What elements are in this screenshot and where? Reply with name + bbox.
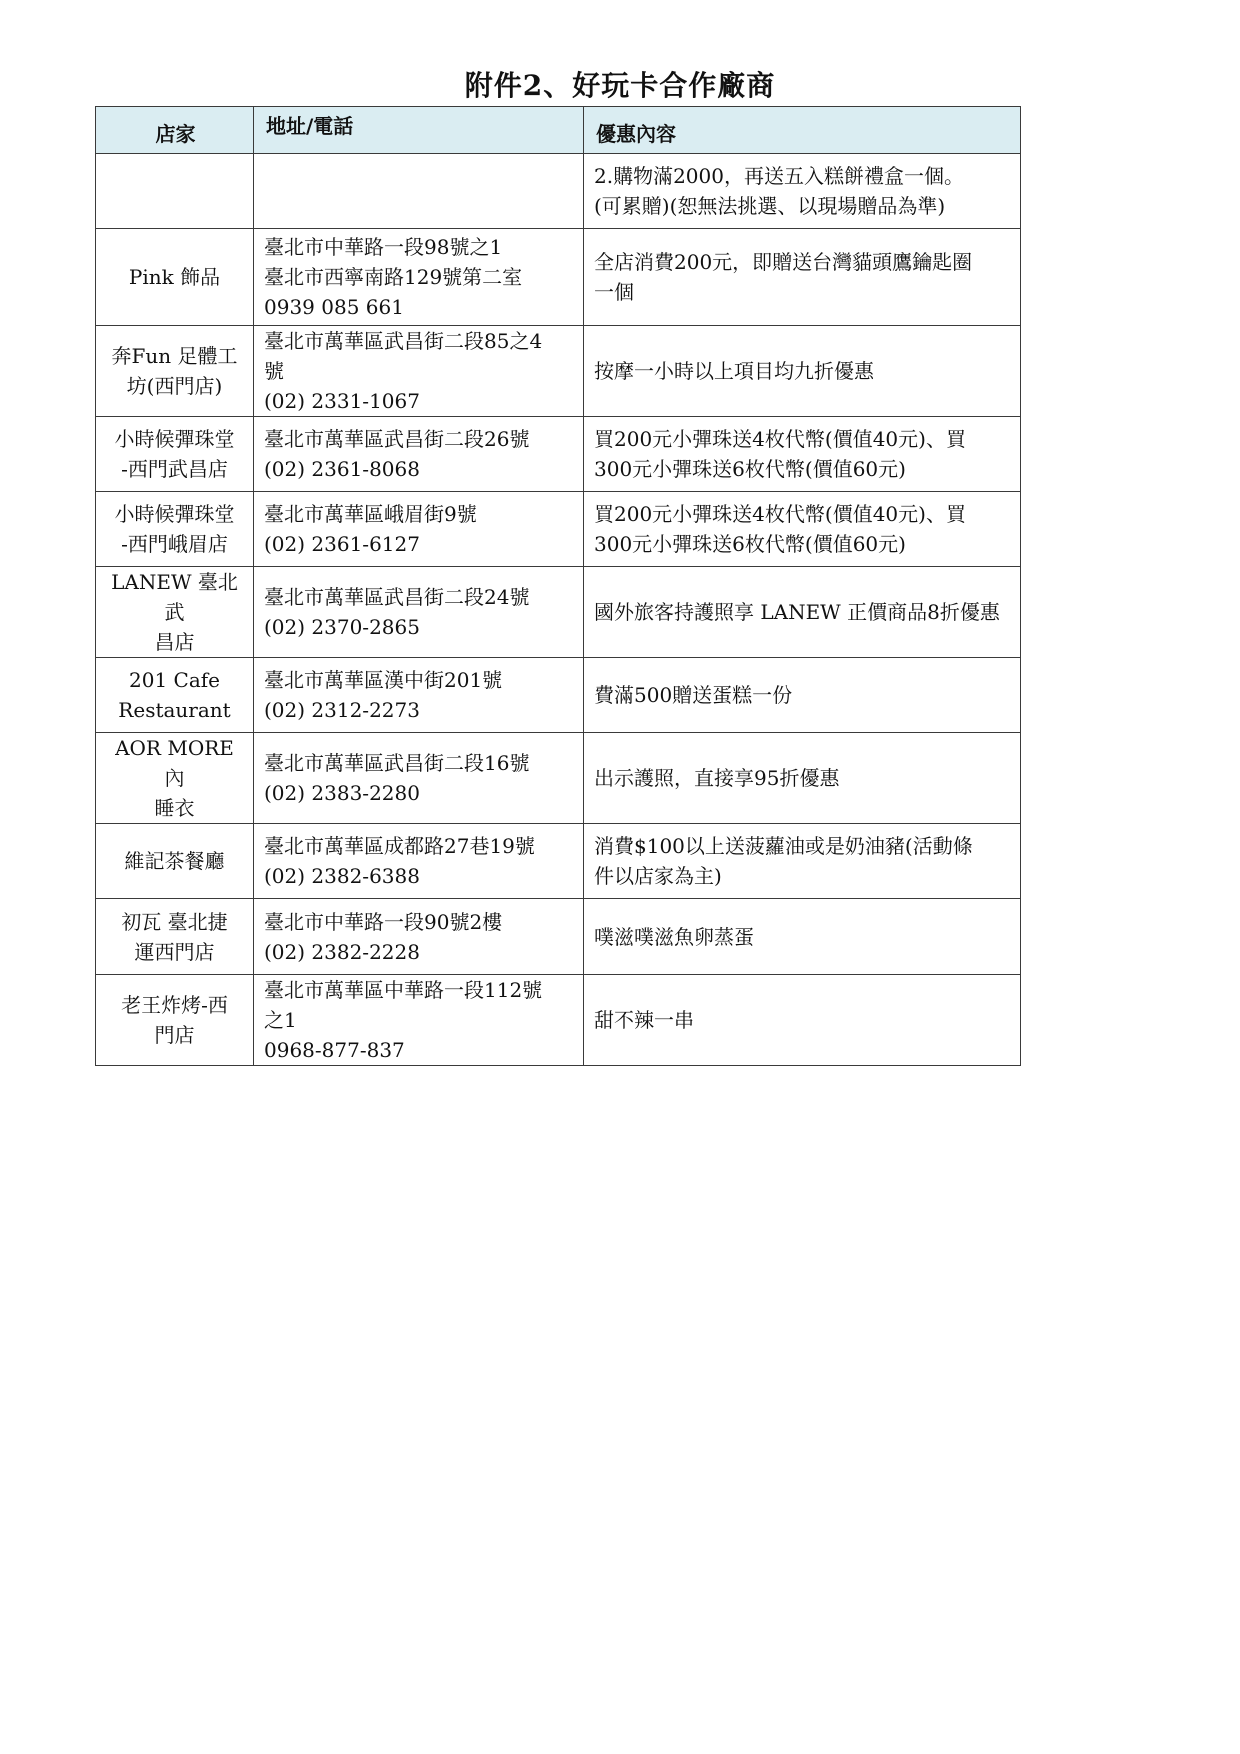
address-phone-cell-line: (02) 2383-2280 [264, 778, 573, 808]
store-cell-line: 小時候彈珠堂 [106, 424, 243, 454]
address-phone-cell-line: 臺北市西寧南路129號第二室 [264, 262, 573, 292]
address-phone-cell-line: 臺北市萬華區峨眉街9號 [264, 499, 573, 529]
store-cell-line: LANEW 臺北武 [106, 567, 243, 627]
store-cell: Pink 飾品 [96, 229, 254, 326]
table-row: 初瓦 臺北捷運西門店臺北市中華路一段90號2樓(02) 2382-2228噗滋噗… [96, 899, 1021, 975]
offer-cell: 2.購物滿2000，再送五入糕餅禮盒一個。(可累贈)(恕無法挑選、以現場贈品為準… [584, 154, 1021, 229]
store-cell-line: -西門峨眉店 [106, 529, 243, 559]
offer-cell-line: 國外旅客持護照享 LANEW 正價商品8折優惠 [594, 597, 1010, 627]
table-row: LANEW 臺北武昌店臺北市萬華區武昌街二段24號(02) 2370-2865國… [96, 567, 1021, 658]
store-cell: 維記茶餐廳 [96, 824, 254, 899]
address-phone-cell [254, 154, 584, 229]
address-phone-cell-line: (02) 2382-2228 [264, 937, 573, 967]
store-cell-line: 維記茶餐廳 [106, 846, 243, 876]
offer-cell-line: 2.購物滿2000，再送五入糕餅禮盒一個。 [594, 161, 1010, 191]
store-cell: 奔Fun 足體工坊(西門店) [96, 326, 254, 417]
offer-cell: 買200元小彈珠送4枚代幣(價值40元)、買300元小彈珠送6枚代幣(價值60元… [584, 492, 1021, 567]
partner-vendors-table: 店家 地址/電話 優惠內容 2.購物滿2000，再送五入糕餅禮盒一個。(可累贈)… [95, 106, 1021, 1066]
address-phone-cell-line: 臺北市萬華區武昌街二段26號 [264, 424, 573, 454]
offer-cell-line: (可累贈)(恕無法挑選、以現場贈品為準) [594, 191, 1010, 221]
address-phone-cell-line: (02) 2382-6388 [264, 861, 573, 891]
address-phone-cell-line: 臺北市萬華區武昌街二段16號 [264, 748, 573, 778]
store-cell-line: 運西門店 [106, 937, 243, 967]
offer-cell-line: 費滿500贈送蛋糕一份 [594, 680, 1010, 710]
store-cell-line: AOR MORE 內 [106, 733, 243, 793]
address-phone-cell: 臺北市中華路一段98號之1臺北市西寧南路129號第二室0939 085 661 [254, 229, 584, 326]
offer-cell-line: 買200元小彈珠送4枚代幣(價值40元)、買 [594, 499, 1010, 529]
address-phone-cell: 臺北市中華路一段90號2樓(02) 2382-2228 [254, 899, 584, 975]
store-cell-line: -西門武昌店 [106, 454, 243, 484]
address-phone-cell-line: 之1 [264, 1005, 573, 1035]
store-cell-line: Restaurant [106, 695, 243, 725]
address-phone-cell-line: 臺北市中華路一段98號之1 [264, 232, 573, 262]
address-phone-cell-line: (02) 2331-1067 [264, 386, 573, 416]
address-phone-cell: 臺北市萬華區成都路27巷19號(02) 2382-6388 [254, 824, 584, 899]
offer-cell-line: 300元小彈珠送6枚代幣(價值60元) [594, 454, 1010, 484]
offer-cell: 全店消費200元，即贈送台灣貓頭鷹鑰匙圈一個 [584, 229, 1021, 326]
store-cell: 小時候彈珠堂-西門武昌店 [96, 417, 254, 492]
offer-cell: 消費$100以上送菠蘿油或是奶油豬(活動條件以店家為主) [584, 824, 1021, 899]
address-phone-cell-line: (02) 2361-8068 [264, 454, 573, 484]
store-cell: 老王炸烤-西門店 [96, 975, 254, 1066]
store-cell-line: 門店 [106, 1020, 243, 1050]
address-phone-cell: 臺北市萬華區武昌街二段85之4號(02) 2331-1067 [254, 326, 584, 417]
offer-cell-line: 一個 [594, 277, 1010, 307]
document-title: 附件2、好玩卡合作廠商 [0, 66, 1240, 106]
table-row: 維記茶餐廳臺北市萬華區成都路27巷19號(02) 2382-6388消費$100… [96, 824, 1021, 899]
offer-cell-line: 300元小彈珠送6枚代幣(價值60元) [594, 529, 1010, 559]
offer-cell: 按摩一小時以上項目均九折優惠 [584, 326, 1021, 417]
store-cell: 201 CafeRestaurant [96, 658, 254, 733]
offer-cell-line: 出示護照，直接享95折優惠 [594, 763, 1010, 793]
address-phone-cell-line: 臺北市中華路一段90號2樓 [264, 907, 573, 937]
table-body: 2.購物滿2000，再送五入糕餅禮盒一個。(可累贈)(恕無法挑選、以現場贈品為準… [96, 154, 1021, 1066]
address-phone-cell-line: (02) 2361-6127 [264, 529, 573, 559]
offer-cell: 噗滋噗滋魚卵蒸蛋 [584, 899, 1021, 975]
table-header-row: 店家 地址/電話 優惠內容 [96, 107, 1021, 154]
offer-cell-line: 按摩一小時以上項目均九折優惠 [594, 356, 1010, 386]
store-cell-line: 昌店 [106, 627, 243, 657]
store-cell: 初瓦 臺北捷運西門店 [96, 899, 254, 975]
store-cell-line: 奔Fun 足體工 [106, 341, 243, 371]
store-cell-line: Pink 飾品 [106, 262, 243, 292]
store-cell [96, 154, 254, 229]
store-cell-line: 小時候彈珠堂 [106, 499, 243, 529]
offer-cell: 買200元小彈珠送4枚代幣(價值40元)、買300元小彈珠送6枚代幣(價值60元… [584, 417, 1021, 492]
store-cell: AOR MORE 內睡衣 [96, 733, 254, 824]
offer-cell: 費滿500贈送蛋糕一份 [584, 658, 1021, 733]
offer-cell: 國外旅客持護照享 LANEW 正價商品8折優惠 [584, 567, 1021, 658]
offer-cell-line: 甜不辣一串 [594, 1005, 1010, 1035]
offer-cell-line: 件以店家為主) [594, 861, 1010, 891]
address-phone-cell-line: 號 [264, 356, 573, 386]
address-phone-cell-line: 臺北市萬華區漢中街201號 [264, 665, 573, 695]
address-phone-cell: 臺北市萬華區峨眉街9號(02) 2361-6127 [254, 492, 584, 567]
offer-cell-line: 消費$100以上送菠蘿油或是奶油豬(活動條 [594, 831, 1010, 861]
address-phone-cell-line: (02) 2370-2865 [264, 612, 573, 642]
table-row: AOR MORE 內睡衣臺北市萬華區武昌街二段16號(02) 2383-2280… [96, 733, 1021, 824]
table-row: 老王炸烤-西門店臺北市萬華區中華路一段112號之10968-877-837甜不辣… [96, 975, 1021, 1066]
address-phone-cell: 臺北市萬華區武昌街二段26號(02) 2361-8068 [254, 417, 584, 492]
header-store: 店家 [96, 107, 254, 154]
address-phone-cell-line: 臺北市萬華區武昌街二段85之4 [264, 326, 573, 356]
table-row: 奔Fun 足體工坊(西門店)臺北市萬華區武昌街二段85之4號(02) 2331-… [96, 326, 1021, 417]
store-cell-line: 坊(西門店) [106, 371, 243, 401]
header-offer: 優惠內容 [584, 107, 1021, 154]
table-row: 小時候彈珠堂-西門峨眉店臺北市萬華區峨眉街9號(02) 2361-6127買20… [96, 492, 1021, 567]
offer-cell: 出示護照，直接享95折優惠 [584, 733, 1021, 824]
table-row: 2.購物滿2000，再送五入糕餅禮盒一個。(可累贈)(恕無法挑選、以現場贈品為準… [96, 154, 1021, 229]
store-cell-line: 初瓦 臺北捷 [106, 907, 243, 937]
address-phone-cell-line: 0939 085 661 [264, 292, 573, 322]
address-phone-cell: 臺北市萬華區漢中街201號(02) 2312-2273 [254, 658, 584, 733]
store-cell: 小時候彈珠堂-西門峨眉店 [96, 492, 254, 567]
address-phone-cell: 臺北市萬華區武昌街二段24號(02) 2370-2865 [254, 567, 584, 658]
table-row: 201 CafeRestaurant臺北市萬華區漢中街201號(02) 2312… [96, 658, 1021, 733]
store-cell-line: 睡衣 [106, 793, 243, 823]
store-cell-line: 老王炸烤-西 [106, 990, 243, 1020]
address-phone-cell-line: 臺北市萬華區成都路27巷19號 [264, 831, 573, 861]
offer-cell-line: 全店消費200元，即贈送台灣貓頭鷹鑰匙圈 [594, 247, 1010, 277]
offer-cell-line: 買200元小彈珠送4枚代幣(價值40元)、買 [594, 424, 1010, 454]
address-phone-cell-line: (02) 2312-2273 [264, 695, 573, 725]
store-cell-line: 201 Cafe [106, 665, 243, 695]
address-phone-cell-line: 臺北市萬華區中華路一段112號 [264, 975, 573, 1005]
header-address-phone: 地址/電話 [254, 107, 584, 154]
table-row: 小時候彈珠堂-西門武昌店臺北市萬華區武昌街二段26號(02) 2361-8068… [96, 417, 1021, 492]
address-phone-cell: 臺北市萬華區武昌街二段16號(02) 2383-2280 [254, 733, 584, 824]
store-cell: LANEW 臺北武昌店 [96, 567, 254, 658]
address-phone-cell-line: 臺北市萬華區武昌街二段24號 [264, 582, 573, 612]
table-row: Pink 飾品臺北市中華路一段98號之1臺北市西寧南路129號第二室0939 0… [96, 229, 1021, 326]
offer-cell: 甜不辣一串 [584, 975, 1021, 1066]
address-phone-cell-line: 0968-877-837 [264, 1035, 573, 1065]
offer-cell-line: 噗滋噗滋魚卵蒸蛋 [594, 922, 1010, 952]
address-phone-cell: 臺北市萬華區中華路一段112號之10968-877-837 [254, 975, 584, 1066]
